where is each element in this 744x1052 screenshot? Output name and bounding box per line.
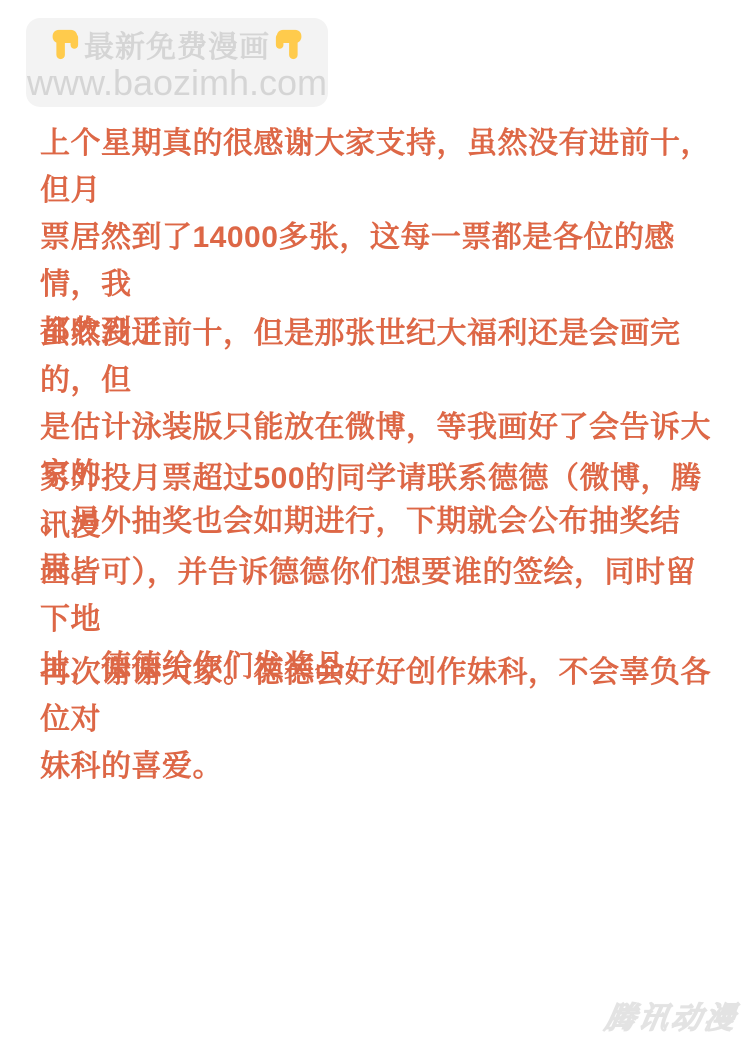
pointing-down-icon — [46, 27, 80, 61]
site-watermark-url: www.baozimh.com — [27, 63, 327, 103]
site-watermark-title-row: 最新免费漫画 — [46, 25, 308, 63]
site-watermark-badge: 最新免费漫画 www.baozimh.com — [26, 18, 328, 107]
site-watermark-title: 最新免费漫画 — [84, 22, 270, 66]
comic-note-page: 最新免费漫画 www.baozimh.com 上个星期真的很感谢大家支持，虽然没… — [0, 0, 744, 1052]
tencent-comics-watermark: 腾讯动漫 — [602, 993, 742, 1037]
author-note-paragraph-4: 再次谢谢大家。德德会好好创作妹科，不会辜负各位对 妹科的喜爱。 — [40, 649, 718, 790]
pointing-down-icon — [274, 27, 308, 61]
